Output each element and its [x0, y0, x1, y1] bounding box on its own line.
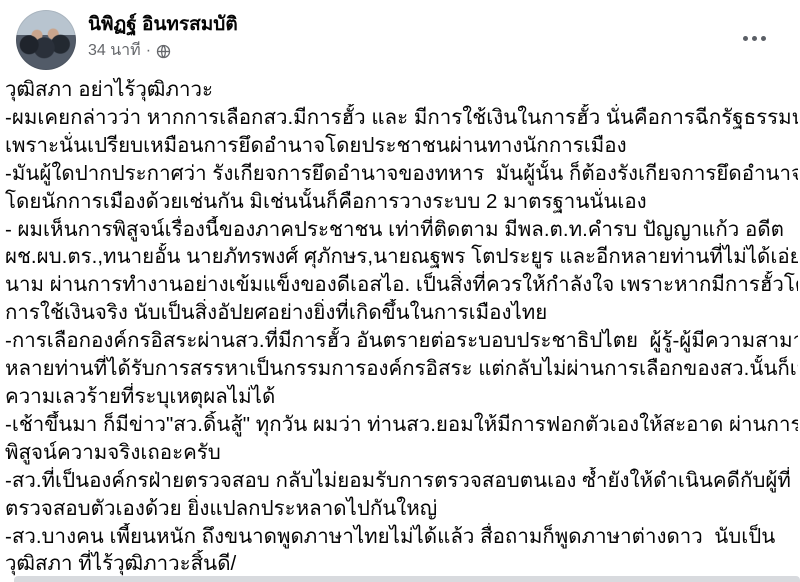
post-body-line: -สว.บางคน เพี้ยนหนัก ถึงขนาดพูดภาษาไทยไม… [5, 523, 798, 551]
post-header-texts: นิพิฏฐ์ อินทรสมบัติ 34 นาที · [88, 10, 238, 61]
post-body-line: พิสูจน์ความจริงเถอะครับ [5, 439, 798, 467]
post-options-ellipsis-icon[interactable] [736, 24, 772, 52]
post-timestamp[interactable]: 34 นาที [88, 41, 141, 61]
post-body-line: - ผมเห็นการพิสูจน์เรื่องนี้ของภาคประชาชน… [5, 216, 798, 244]
post-body-line: ความเลวร้ายที่ระบุเหตุผลไม่ได้ [5, 383, 798, 411]
author-avatar[interactable] [16, 10, 76, 70]
post-body-line: ตรวจสอบตัวเองด้วย ยิ่งแปลกประหลาดไปกันให… [5, 495, 798, 523]
post-body-line: วุฒิสภา อย่าไร้วุฒิภาวะ [5, 76, 798, 104]
post-body-line: โดยนักการเมืองด้วยเช่นกัน มิเช่นนั้นก็คื… [5, 188, 798, 216]
globe-icon [156, 44, 171, 59]
post-body-line: การใช้เงินจริง นับเป็นสิ่งอัปยศอย่างยิ่ง… [5, 299, 798, 327]
post-body-line: -สว.ที่เป็นองค์กรฝ่ายตรวจสอบ กลับไม่ยอมร… [5, 467, 798, 495]
author-name[interactable]: นิพิฏฐ์ อินทรสมบัติ [88, 12, 238, 38]
post-body-line: เพราะนั่นเปรียบเหมือนการยึดอำนาจโดยประชา… [5, 132, 798, 160]
post-body-line: -มันผู้ใดปากประกาศว่า รังเกียจการยึดอำนา… [5, 160, 798, 188]
post-body-line: นาม ผ่านการทำงานอย่างเข้มแข็งของดีเอสไอ.… [5, 271, 798, 299]
post-body-line: ผช.ผบ.ตร.,ทนายอั้น นายภัทรพงศ์ ศุภักษร,น… [5, 243, 798, 271]
post-body-line: -ผมเคยกล่าวว่า หากการเลือกสว.มีการฮั้ว แ… [5, 104, 798, 132]
post-body-line: วุฒิสภา ที่ไร้วุฒิภาวะสิ้นดี/ [5, 550, 798, 578]
post-meta-row: 34 นาที · [88, 41, 238, 61]
post-header: นิพิฏฐ์ อินทรสมบัติ 34 นาที · [16, 10, 784, 72]
facebook-post-card: นิพิฏฐ์ อินทรสมบัติ 34 นาที · วุฒิสภา อย… [0, 0, 800, 582]
post-body: วุฒิสภา อย่าไร้วุฒิภาวะ-ผมเคยกล่าวว่า หา… [5, 76, 798, 578]
post-body-line: -เช้าขึ้นมา ก็มีข่าว"สว.ดิ้นสู้" ทุกวัน … [5, 411, 798, 439]
post-body-line: หลายท่านที่ได้รับการสรรหาเป็นกรรมการองค์… [5, 355, 798, 383]
next-card-top-edge [14, 576, 800, 582]
meta-separator: · [146, 41, 151, 61]
post-body-line: -การเลือกองค์กรอิสระผ่านสว.ที่มีการฮั้ว … [5, 327, 798, 355]
